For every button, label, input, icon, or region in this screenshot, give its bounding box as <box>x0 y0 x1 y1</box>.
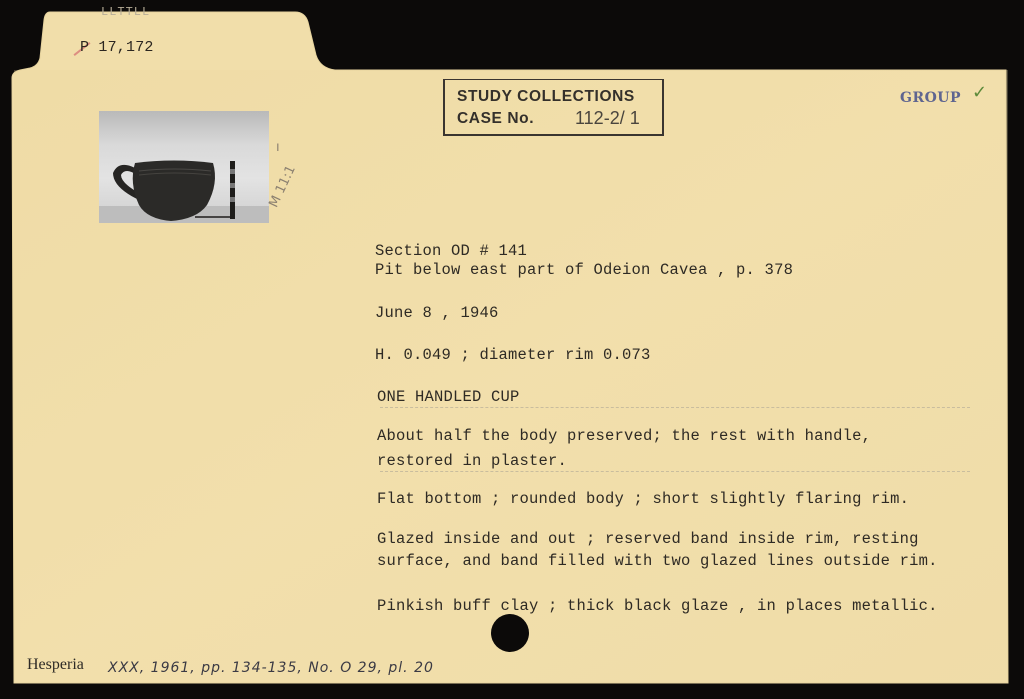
catalog-number: P 17,172 <box>80 39 154 56</box>
publication-name: Hesperia <box>27 656 84 674</box>
glaze-line-1: Glazed inside and out ; reserved band in… <box>377 530 919 548</box>
object-title: ONE HANDLED CUP <box>377 388 520 406</box>
shape-line: Flat bottom ; rounded body ; short sligh… <box>377 490 909 508</box>
preservation-underline <box>380 471 970 472</box>
fabric-line: Pinkish buff clay ; thick black glaze , … <box>377 597 938 615</box>
date-line: June 8 , 1946 <box>375 304 499 322</box>
glaze-line-2: surface, and band filled with two glazed… <box>377 552 938 570</box>
pencil-tick: ı <box>276 140 280 155</box>
study-collections-stamp: STUDY COLLECTIONS CASE No. 112-2/ 1 <box>443 79 664 136</box>
artifact-photo <box>99 111 269 223</box>
publication-reference: XXX, 1961, pp. 134-135, No. O 29, pl. 20 <box>108 660 434 676</box>
punch-hole <box>491 614 529 652</box>
stamp-line-1: STUDY COLLECTIONS <box>457 88 635 106</box>
title-underline <box>380 407 970 408</box>
section-line: Section OD # 141 <box>375 242 527 260</box>
group-stamp: GROUP <box>900 90 961 106</box>
cup-photo-icon <box>99 111 269 223</box>
stamp-line-2-label: CASE No. <box>457 110 534 128</box>
location-line: Pit below east part of Odeion Cavea , p.… <box>375 261 793 279</box>
preservation-line-1: About half the body preserved; the rest … <box>377 427 871 445</box>
preservation-line-2: restored in plaster. <box>377 452 567 470</box>
faint-top-label: LLTTLL <box>101 5 150 19</box>
dimensions-line: H. 0.049 ; diameter rim 0.073 <box>375 346 651 364</box>
check-mark-icon: ✓ <box>972 82 987 103</box>
case-number: 112-2/ 1 <box>575 108 640 129</box>
